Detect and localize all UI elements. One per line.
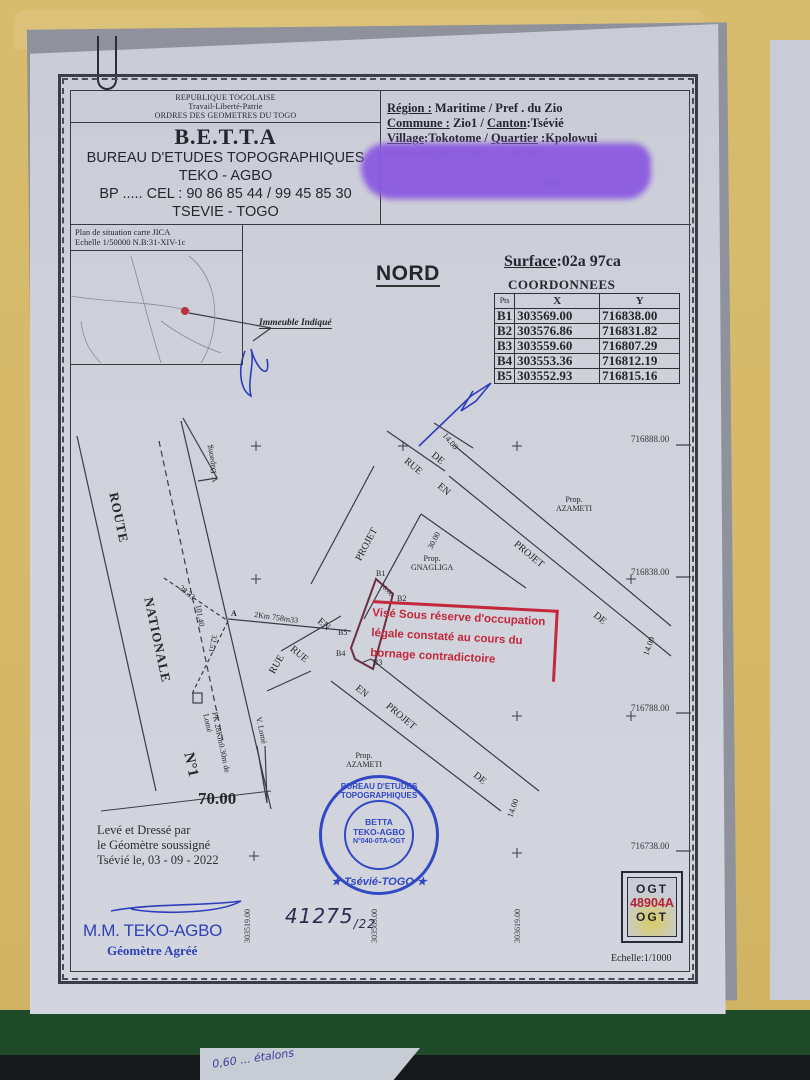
column-header-y: Y	[600, 294, 680, 309]
handwritten-number: 41275	[285, 904, 354, 928]
attestation-date: Tsévié le, 03 - 09 - 2022	[97, 853, 219, 868]
location-marker-label: Immeuble Indiqué	[259, 318, 332, 329]
surveyor-title: Géomètre Agréé	[107, 943, 197, 959]
owner-name: AZAMETI	[556, 504, 592, 513]
x-value: 303552.93	[515, 369, 600, 384]
point-id: B2	[495, 324, 515, 339]
surface-label: Surface	[504, 253, 556, 270]
point-id: B5	[495, 369, 515, 384]
grid-y-label: 716888.00	[631, 434, 669, 444]
firm-abbreviation: B.E.T.T.A	[71, 125, 380, 149]
surface-area: Surface:02a 97ca	[504, 253, 621, 271]
location-map-title: Plan de situation carte JICA Echelle 1/5…	[71, 225, 242, 251]
firm-owner: TEKO - AGBO	[71, 167, 380, 185]
point-id: B1	[495, 309, 515, 324]
canton-value: :Tsévié	[527, 116, 564, 130]
table-row: B2303576.86716831.82	[495, 324, 680, 339]
back-page	[770, 40, 810, 1000]
firm-name: BUREAU D'ETUDES TOPOGRAPHIQUES	[71, 149, 380, 167]
firm-header: REPUBLIQUE TOGOLAISE Travail-Liberté-Pat…	[71, 91, 381, 225]
scale-label: Echelle:1/1000	[611, 953, 672, 964]
x-value: 303553.36	[515, 354, 600, 369]
point-label-b1: B1	[376, 569, 385, 578]
grid-x-label: 303619.00	[513, 909, 522, 943]
y-value: 716838.00	[600, 309, 680, 324]
point-id: B3	[495, 339, 515, 354]
owner-label-azameti: Prop.AZAMETI	[556, 495, 592, 513]
ogt-seal: OGT 48904A OGT	[621, 871, 683, 943]
handwritten-back-note: 0,60 ... étalons	[200, 1048, 420, 1080]
region-value: Maritime / Pref . du Zio	[432, 101, 563, 115]
location-map-box: Plan de situation carte JICA Echelle 1/5…	[71, 225, 243, 365]
surface-value: :02a 97ca	[556, 253, 620, 270]
firm-stamp-blue: BUREAU D'ETUDES TOPOGRAPHIQUES BETTA TEK…	[319, 775, 439, 895]
y-value: 716812.19	[600, 354, 680, 369]
owner-label-gnagliga: Prop.GNAGLIGA	[411, 554, 453, 572]
grid-y-label: 716738.00	[631, 841, 669, 851]
point-id: B4	[495, 354, 515, 369]
commune-label: Commune :	[387, 116, 450, 130]
canton-label: Canton	[487, 116, 527, 130]
column-header-pts: Pts	[495, 294, 515, 309]
attestation-line-2: le Géomètre soussigné	[97, 838, 219, 853]
order-label: ORDRES DES GEOMETRES DU TOGO	[71, 111, 380, 120]
attestation-line-1: Levé et Dressé par	[97, 823, 219, 838]
handwritten-suffix: /22	[354, 917, 376, 931]
firm-city: TSEVIE - TOGO	[71, 203, 380, 221]
ogt-top: OGT	[628, 882, 676, 896]
commune-value: Zio1 /	[450, 116, 487, 130]
ogt-bottom: OGT	[628, 910, 676, 924]
location-info: Région : Maritime / Pref . du Zio Commun…	[381, 91, 691, 225]
location-map-title-2: Echelle 1/50000 N.B:31-XIV-1c	[75, 237, 238, 247]
region-line: Région : Maritime / Pref . du Zio	[387, 101, 691, 116]
prop-label: Prop.	[556, 495, 592, 504]
republic-label: REPUBLIQUE TOGOLAISE	[71, 93, 380, 102]
location-map-title-1: Plan de situation carte JICA	[75, 227, 238, 237]
plan-sheet: REPUBLIQUE TOGOLAISE Travail-Liberté-Pat…	[70, 90, 690, 972]
y-value: 716807.29	[600, 339, 680, 354]
coordinates-table: Pts X Y B1303569.00716838.00 B2303576.86…	[494, 293, 680, 384]
owner-label-azameti-south: Prop.AZAMETI	[346, 751, 382, 769]
point-a-label: A	[231, 609, 237, 618]
stamp-center: BETTA TEKO-AGBO N°040-0TA-OGT	[344, 800, 414, 870]
y-value: 716815.16	[600, 369, 680, 384]
x-value: 303569.00	[515, 309, 600, 324]
region-label: Région :	[387, 101, 432, 115]
owner-name: AZAMETI	[346, 760, 382, 769]
motto-label: Travail-Liberté-Patrie	[71, 102, 380, 111]
north-label: NORD	[376, 263, 440, 287]
table-row: B4303553.36716812.19	[495, 354, 680, 369]
stamp-arc-bottom: ★ Tsévié-TOGO ★	[322, 875, 436, 888]
redaction-mark	[361, 143, 651, 199]
handwritten-reference: 41275/22	[285, 904, 376, 931]
stamp-arc-top: BUREAU D'ETUDES TOPOGRAPHIQUES	[322, 782, 436, 800]
grid-y-label: 716788.00	[631, 703, 669, 713]
y-value: 716831.82	[600, 324, 680, 339]
stamp-center-2: TEKO-AGBO	[346, 827, 412, 837]
grid-y-label: 716838.00	[631, 567, 669, 577]
grid-x-label: 303519.00	[243, 909, 252, 943]
back-note-text: 0,60 ... étalons	[211, 1046, 294, 1070]
commune-line: Commune : Zio1 / Canton:Tsévié	[387, 116, 691, 131]
approval-stamp-red: Visé Sous réserve d'occupation légale co…	[369, 600, 559, 682]
table-row: B1303569.00716838.00	[495, 309, 680, 324]
survey-attestation: Levé et Dressé par le Géomètre soussigné…	[97, 823, 219, 868]
prop-label: Prop.	[411, 554, 453, 563]
table-row: B3303559.60716807.29	[495, 339, 680, 354]
column-header-x: X	[515, 294, 600, 309]
stamp-center-1: BETTA	[346, 817, 412, 827]
republic-block: REPUBLIQUE TOGOLAISE Travail-Liberté-Pat…	[71, 91, 380, 123]
point-label-b4: B4	[336, 649, 345, 658]
stamp-center-3: N°040-0TA-OGT	[346, 837, 412, 847]
firm-contact: BP ..... CEL : 90 86 85 44 / 99 45 85 30	[71, 185, 380, 203]
x-value: 303576.86	[515, 324, 600, 339]
ogt-seal-inner: OGT 48904A OGT	[627, 877, 677, 937]
table-row: B5303552.93716815.16	[495, 369, 680, 384]
ogt-number: 48904A	[628, 896, 676, 910]
coordinates-header-row: Pts X Y	[495, 294, 680, 309]
coordinates-title: COORDONNEES	[508, 277, 615, 293]
x-value: 303559.60	[515, 339, 600, 354]
surveyor-name: M.M. TEKO-AGBO	[83, 921, 222, 941]
prop-label: Prop.	[346, 751, 382, 760]
owner-name: GNAGLIGA	[411, 563, 453, 572]
point-label-b5: B5	[338, 628, 347, 637]
